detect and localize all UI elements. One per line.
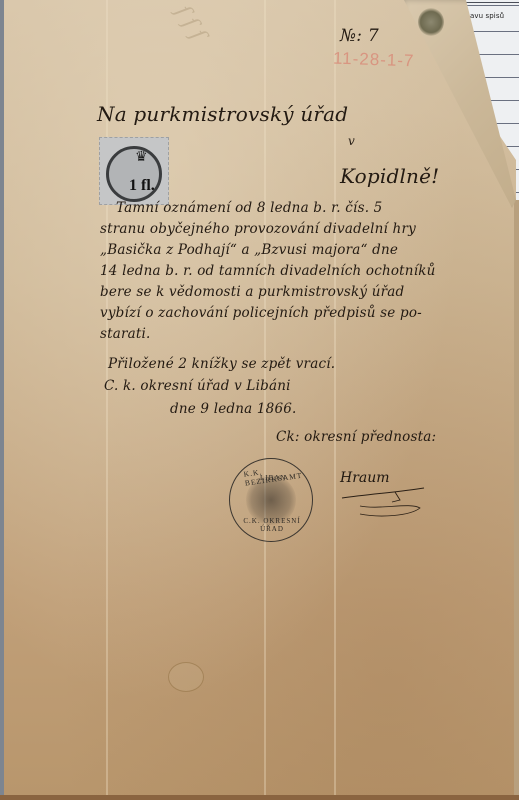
scanner-bottom-edge <box>0 795 519 800</box>
scanner-left-edge <box>0 0 4 800</box>
enclosure-note: Přiložené 2 knížky se zpět vrací. <box>108 356 335 372</box>
document-date: dne 9 ledna 1866. <box>170 401 297 417</box>
body-line: bere se k vědomosti a purkmistrovský úřa… <box>100 284 404 300</box>
revenue-stamp: ♛ 1 fl. <box>99 137 169 205</box>
addressee-place: Kopidlně! <box>340 164 439 188</box>
body-line: vybízí o zachování policejních předpisů … <box>100 305 422 321</box>
signature-flourish-icon <box>340 470 430 520</box>
signatory-title: Ck: okresní přednosta: <box>276 429 436 445</box>
document-scan: avu spisů ſſſ ſſſ №: 7 11-28-1-7 Na purk… <box>0 0 519 800</box>
body-line: stranu obyčejného provozování divadelní … <box>100 221 416 237</box>
addressee-preposition: v <box>348 134 355 148</box>
official-seal: K.K. BEZIRKSAMT LIBAN C.K. OKRESNÍ ÚŘAD <box>229 458 313 542</box>
stamp-value: 1 fl. <box>129 177 155 195</box>
body-line: 14 ledna b. r. od tamních divadelních oc… <box>100 263 436 279</box>
water-stain <box>168 662 204 692</box>
stain-mark <box>418 8 444 36</box>
body-line: Tamní oznámení od 8 ledna b. r. čís. 5 <box>116 200 382 216</box>
sender-office: C. k. okresní úřad v Libáni <box>104 378 291 394</box>
addressee-line: Na purkmistrovský úřad <box>97 102 348 126</box>
body-line: „Basička z Podhají“ a „Bzvusi majora“ dn… <box>100 242 398 258</box>
body-line: starati. <box>100 326 151 342</box>
archive-sheet-label: avu spisů <box>470 12 504 20</box>
paper-right-edge <box>514 200 519 800</box>
archive-reference: 11-28-1-7 <box>333 49 415 72</box>
document-number: №: 7 <box>340 26 379 46</box>
seal-bottom-text: C.K. OKRESNÍ ÚŘAD <box>236 517 308 533</box>
stamp-oval: ♛ 1 fl. <box>106 146 162 202</box>
archive-sheet-rule <box>466 2 519 3</box>
seal-mid-text: LIBAN <box>260 474 286 482</box>
double-eagle-icon: ♛ <box>135 151 148 165</box>
